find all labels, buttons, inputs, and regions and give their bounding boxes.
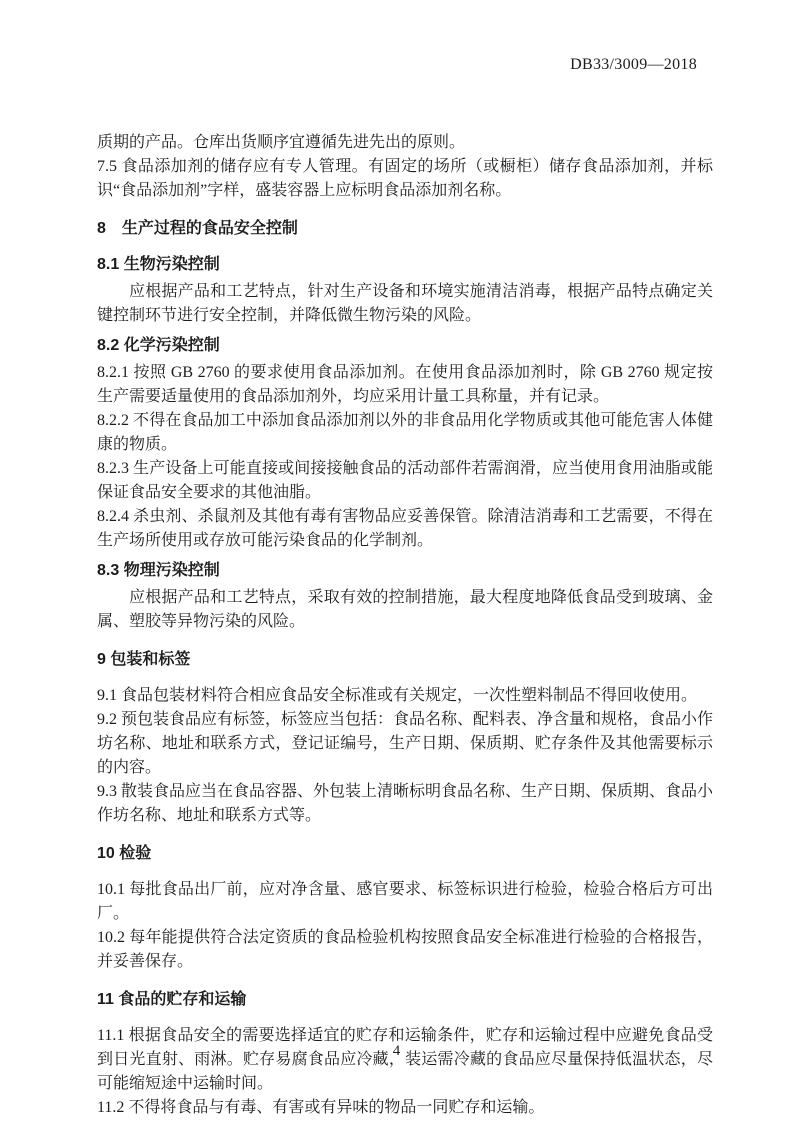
section-heading: 11 食品的贮存和运输 <box>97 988 713 1012</box>
paragraph: 10.1 每批食品出厂前，应对净含量、感官要求、标签标识进行检验，检验合格后方可… <box>97 878 713 926</box>
document-header: DB33/3009—2018 <box>97 56 697 74</box>
paragraph: 11.1 根据食品安全的需要选择适宜的贮存和运输条件，贮存和运输过程中应避免食品… <box>97 1024 713 1096</box>
paragraph: 9.1 食品包装材料符合相应食品安全标准或有关规定，一次性塑料制品不得回收使用。 <box>97 684 713 708</box>
paragraph: 应根据产品和工艺特点，采取有效的控制措施，最大程度地降低食品受到玻璃、金属、塑胶… <box>97 586 713 634</box>
paragraph: 10.2 每年能提供符合法定资质的食品检验机构按照食品安全标准进行检验的合格报告… <box>97 926 713 974</box>
paragraph: 8.2.1 按照 GB 2760 的要求使用食品添加剂。在使用食品添加剂时，除 … <box>97 361 713 409</box>
paragraph: 8.2.4 杀虫剂、杀鼠剂及其他有毒有害物品应妥善保管。除清洁消毒和工艺需要，不… <box>97 505 713 553</box>
paragraph: 8.2.2 不得在食品加工中添加食品添加剂以外的非食品用化学物质或其他可能危害人… <box>97 409 713 457</box>
document-body: 质期的产品。仓库出货顺序宜遵循先进先出的原则。7.5 食品添加剂的储存应有专人管… <box>97 131 713 1120</box>
section-heading: 8.1 生物污染控制 <box>97 253 713 277</box>
page-number: 4 <box>0 1043 793 1060</box>
paragraph: 9.3 散装食品应当在食品容器、外包装上清晰标明食品名称、生产日期、保质期、食品… <box>97 780 713 828</box>
paragraph: 9.2 预包装食品应有标签，标签应当包括：食品名称、配料表、净含量和规格，食品小… <box>97 708 713 780</box>
paragraph: 7.5 食品添加剂的储存应有专人管理。有固定的场所（或橱柜）储存食品添加剂，并标… <box>97 155 713 203</box>
section-heading: 8 生产过程的食品安全控制 <box>97 217 713 241</box>
section-heading: 8.2 化学污染控制 <box>97 334 713 358</box>
section-heading: 8.3 物理污染控制 <box>97 559 713 583</box>
paragraph: 8.2.3 生产设备上可能直接或间接接触食品的活动部件若需润滑，应当使用食用油脂… <box>97 457 713 505</box>
paragraph: 质期的产品。仓库出货顺序宜遵循先进先出的原则。 <box>97 131 713 155</box>
paragraph: 11.2 不得将食品与有毒、有害或有异味的物品一同贮存和运输。 <box>97 1096 713 1120</box>
document-page: DB33/3009—2018 质期的产品。仓库出货顺序宜遵循先进先出的原则。7.… <box>0 0 793 1122</box>
paragraph: 应根据产品和工艺特点，针对生产设备和环境实施清洁消毒，根据产品特点确定关键控制环… <box>97 280 713 328</box>
section-heading: 9 包装和标签 <box>97 648 713 672</box>
section-heading: 10 检验 <box>97 842 713 866</box>
standard-number: DB33/3009—2018 <box>570 56 697 73</box>
